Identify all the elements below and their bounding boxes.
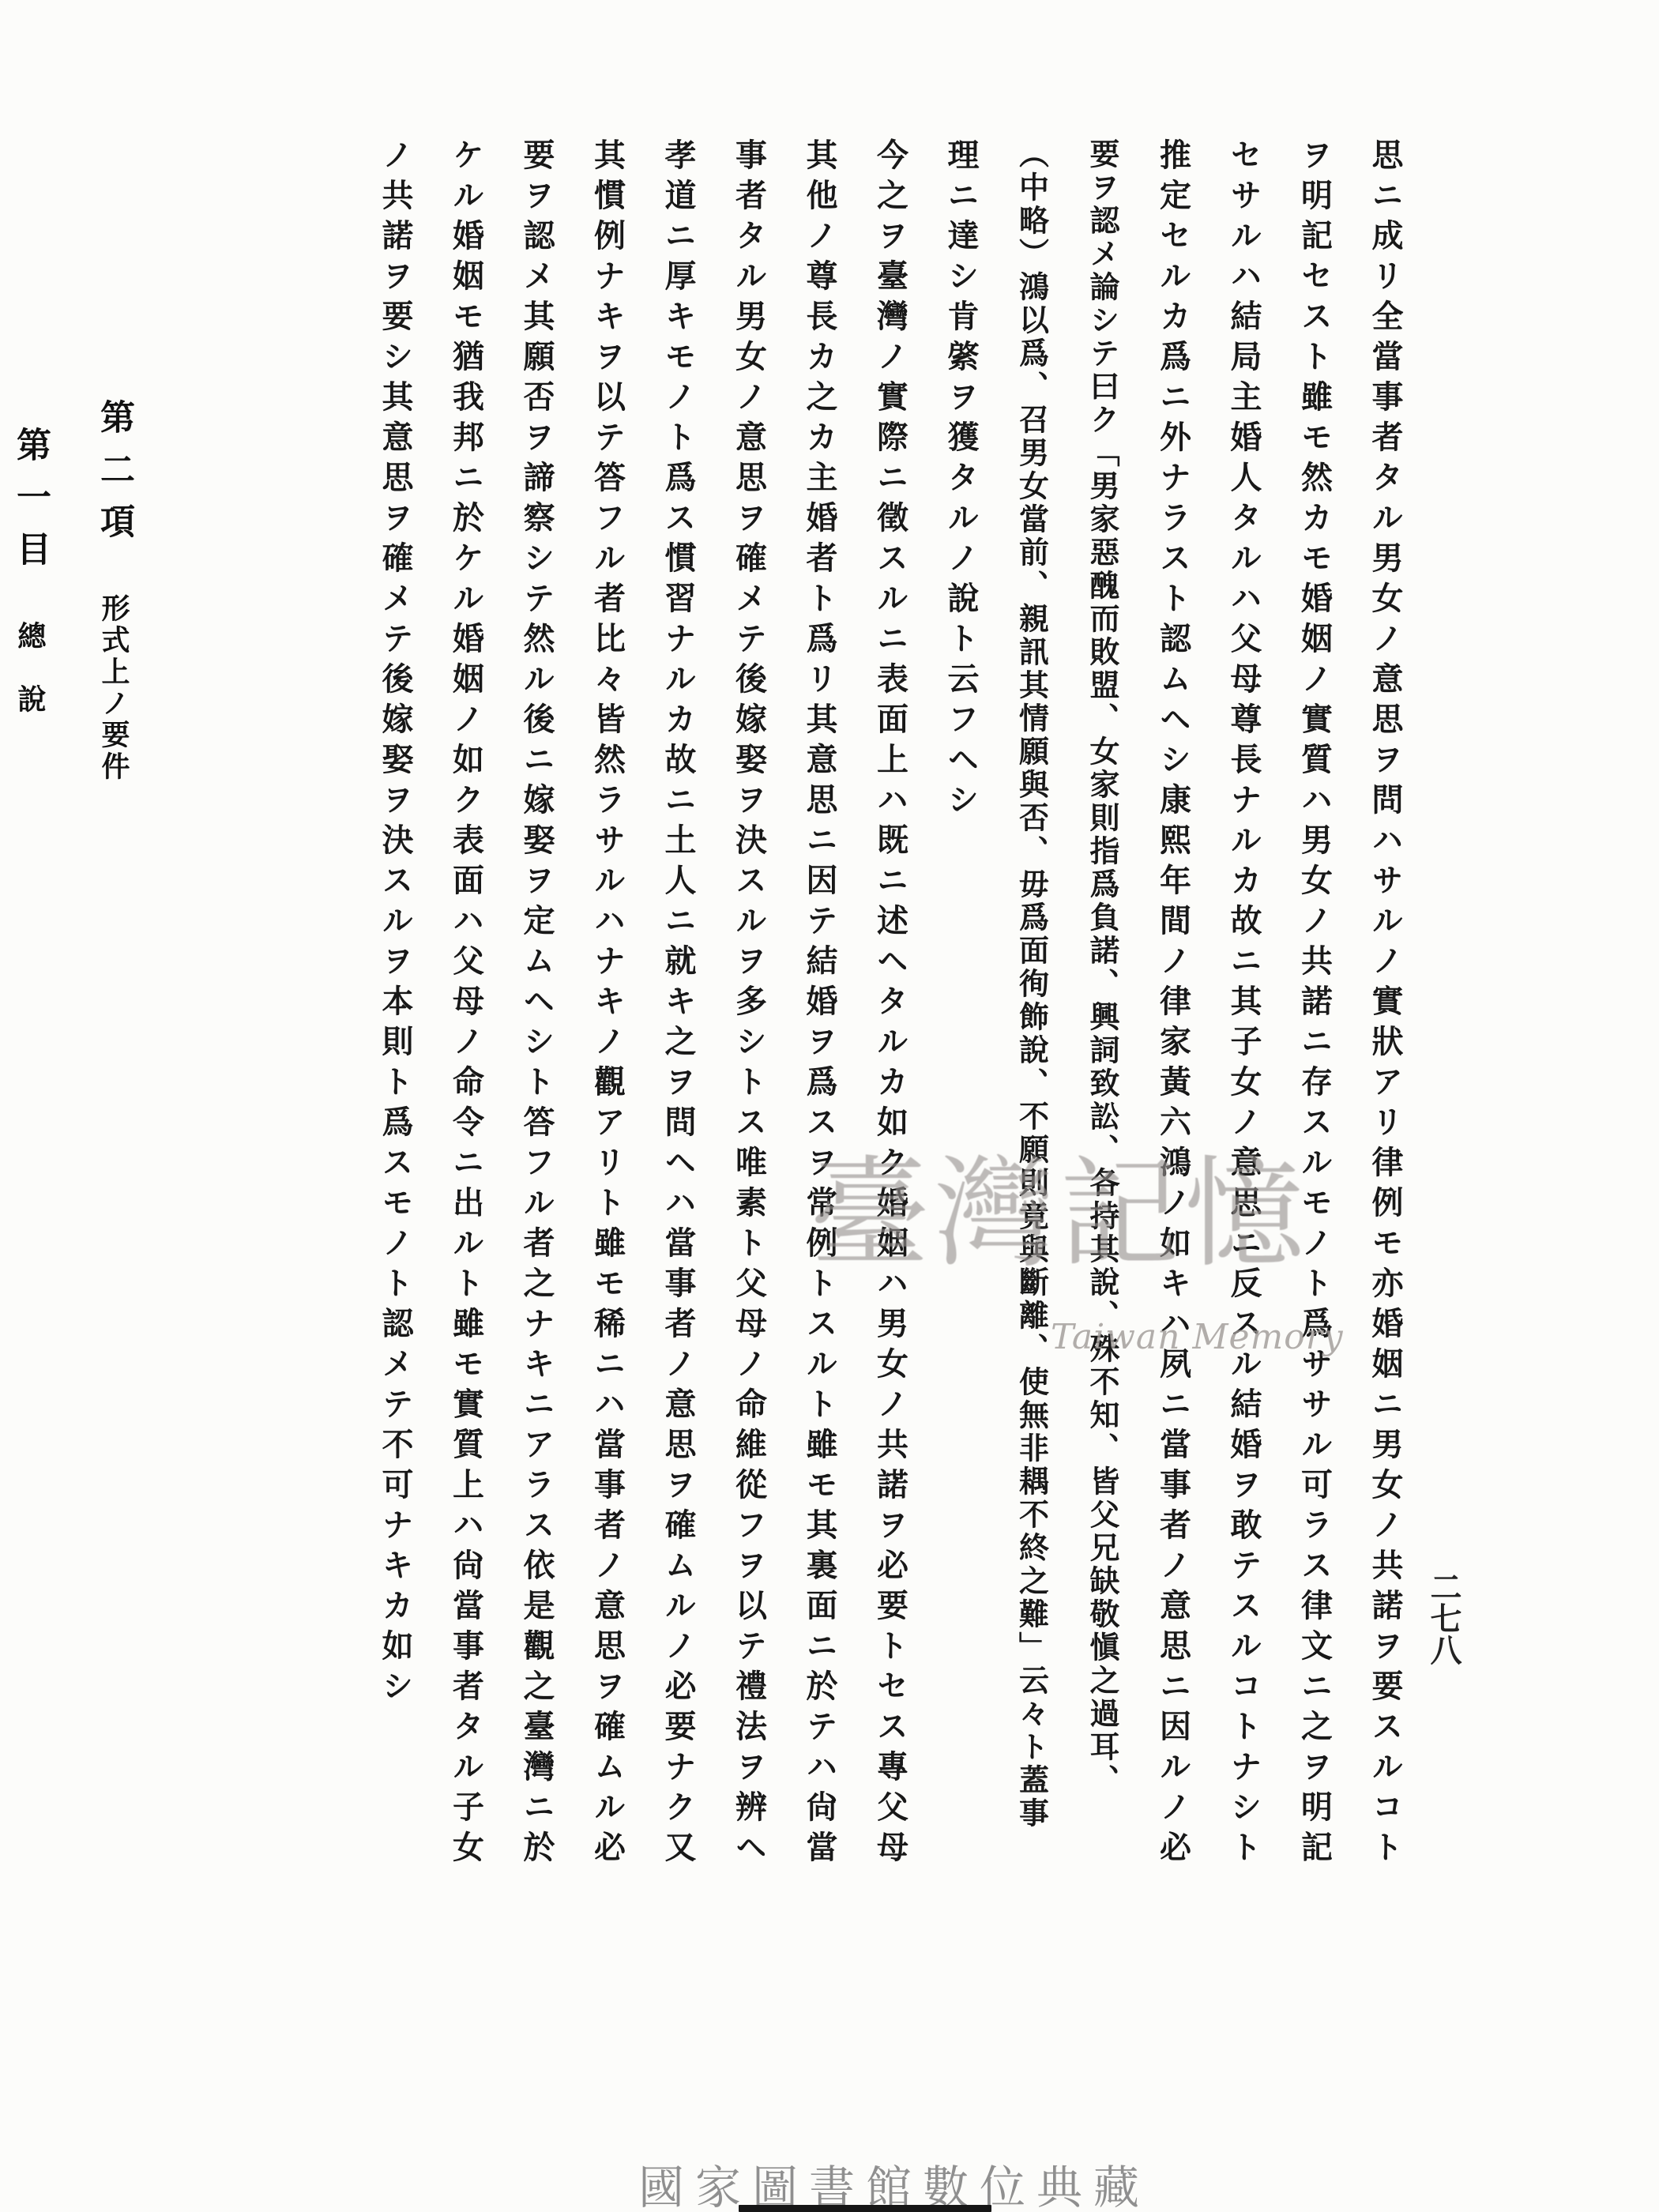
- text-column-5: 要ヲ認メ論シテ曰ク「男家惡醜而敗盟、女家則指爲負諾、興詞致訟、各持其說、殊不知、…: [1084, 138, 1120, 1797]
- text-column-1: 思ニ成リ全當事者タル男女ノ意思ヲ問ハサルノ實狀アリ律例モ亦婚姻ニ男女ノ共諾ヲ要ス…: [1367, 138, 1403, 1871]
- text-column-6: （中略）鴻以爲、召男女當前、親訊其情願與否、毋爲面徇飾說、不願則竟與斷離、使無非…: [1014, 138, 1050, 1830]
- text-column-9: 其他ノ尊長カ之カ主婚者ト爲リ其意思ニ因テ結婚ヲ爲スヲ常例トスルト雖モ其裏面ニ於テ…: [801, 138, 837, 1871]
- subsection-heading-title: 總 說: [13, 621, 47, 716]
- section-heading-label: 第二項: [94, 399, 134, 555]
- scanned-book-page: 思ニ成リ全當事者タル男女ノ意思ヲ問ハサルノ實狀アリ律例モ亦婚姻ニ男女ノ共諾ヲ要ス…: [0, 0, 1659, 2212]
- text-columns: 思ニ成リ全當事者タル男女ノ意思ヲ問ハサルノ實狀アリ律例モ亦婚姻ニ男女ノ共諾ヲ要ス…: [182, 138, 1414, 1908]
- subsection-heading-label: 第一目: [10, 427, 51, 583]
- text-column-13: 要ヲ認メ其願否ヲ諦察シテ然ル後ニ嫁娶ヲ定ムヘシト答フル者之ナキニアラス依是觀之臺…: [518, 138, 555, 1871]
- text-column-11: 孝道ニ厚キモノト爲ス慣習ナルカ故ニ土人ニ就キ之ヲ問ヘハ當事者ノ意思ヲ確ムルノ必要…: [660, 138, 696, 1871]
- text-column-3: セサルハ結局主婚人タルハ父母尊長ナルカ故ニ其子女ノ意思ニ反スル結婚ヲ敢テスルコト…: [1225, 138, 1262, 1871]
- text-column-14: ケル婚姻モ猶我邦ニ於ケル婚姻ノ如ク表面ハ父母ノ命令ニ出ルト雖モ實質上ハ尙當事者タ…: [448, 138, 484, 1871]
- heading-spacer: [29, 583, 31, 621]
- archive-footer-text: 國家圖書館數位典藏: [638, 2150, 1150, 2212]
- section-heading-title: 形式上ノ要件: [97, 593, 130, 783]
- text-column-8: 今之ヲ臺灣ノ實際ニ徵スルニ表面上ハ既ニ述ヘタルカ如ク婚姻ハ男女ノ共諾ヲ必要トセス…: [872, 138, 908, 1871]
- text-column-7: 理ニ達シ肯綮ヲ獲タルノ說ト云フヘシ: [942, 138, 979, 823]
- section-heading-column: 第二項形式上ノ要件: [88, 0, 139, 783]
- text-column-10: 事者タル男女ノ意思ヲ確メテ後嫁娶ヲ決スルヲ多シトス唯素ト父母ノ命維從フヲ以テ禮法…: [731, 138, 767, 1871]
- heading-spacer: [113, 555, 115, 593]
- text-column-4: 推定セルカ爲ニ外ナラスト認ムヘシ康熙年間ノ律家黃六鴻ノ如キハ夙ニ當事者ノ意思ニ因…: [1155, 138, 1191, 1871]
- text-column-15: ノ共諾ヲ要シ其意思ヲ確メテ後嫁娶ヲ決スルヲ本則ト爲スモノト認メテ不可ナキカ如シ: [377, 138, 413, 1710]
- scan-edge-artifact: [739, 2205, 991, 2212]
- text-column-12: 其慣例ナキヲ以テ答フル者比々皆然ラサルハナキノ觀アリト雖モ稀ニハ當事者ノ意思ヲ確…: [589, 138, 626, 1871]
- page-number: 二七八: [1425, 1571, 1461, 1665]
- subsection-heading-column: 第一目總 說: [5, 0, 55, 716]
- text-column-2: ヲ明記セスト雖モ然カモ婚姻ノ實質ハ男女ノ共諾ニ存スルモノト爲ササル可ラス律文ニ之…: [1296, 138, 1333, 1871]
